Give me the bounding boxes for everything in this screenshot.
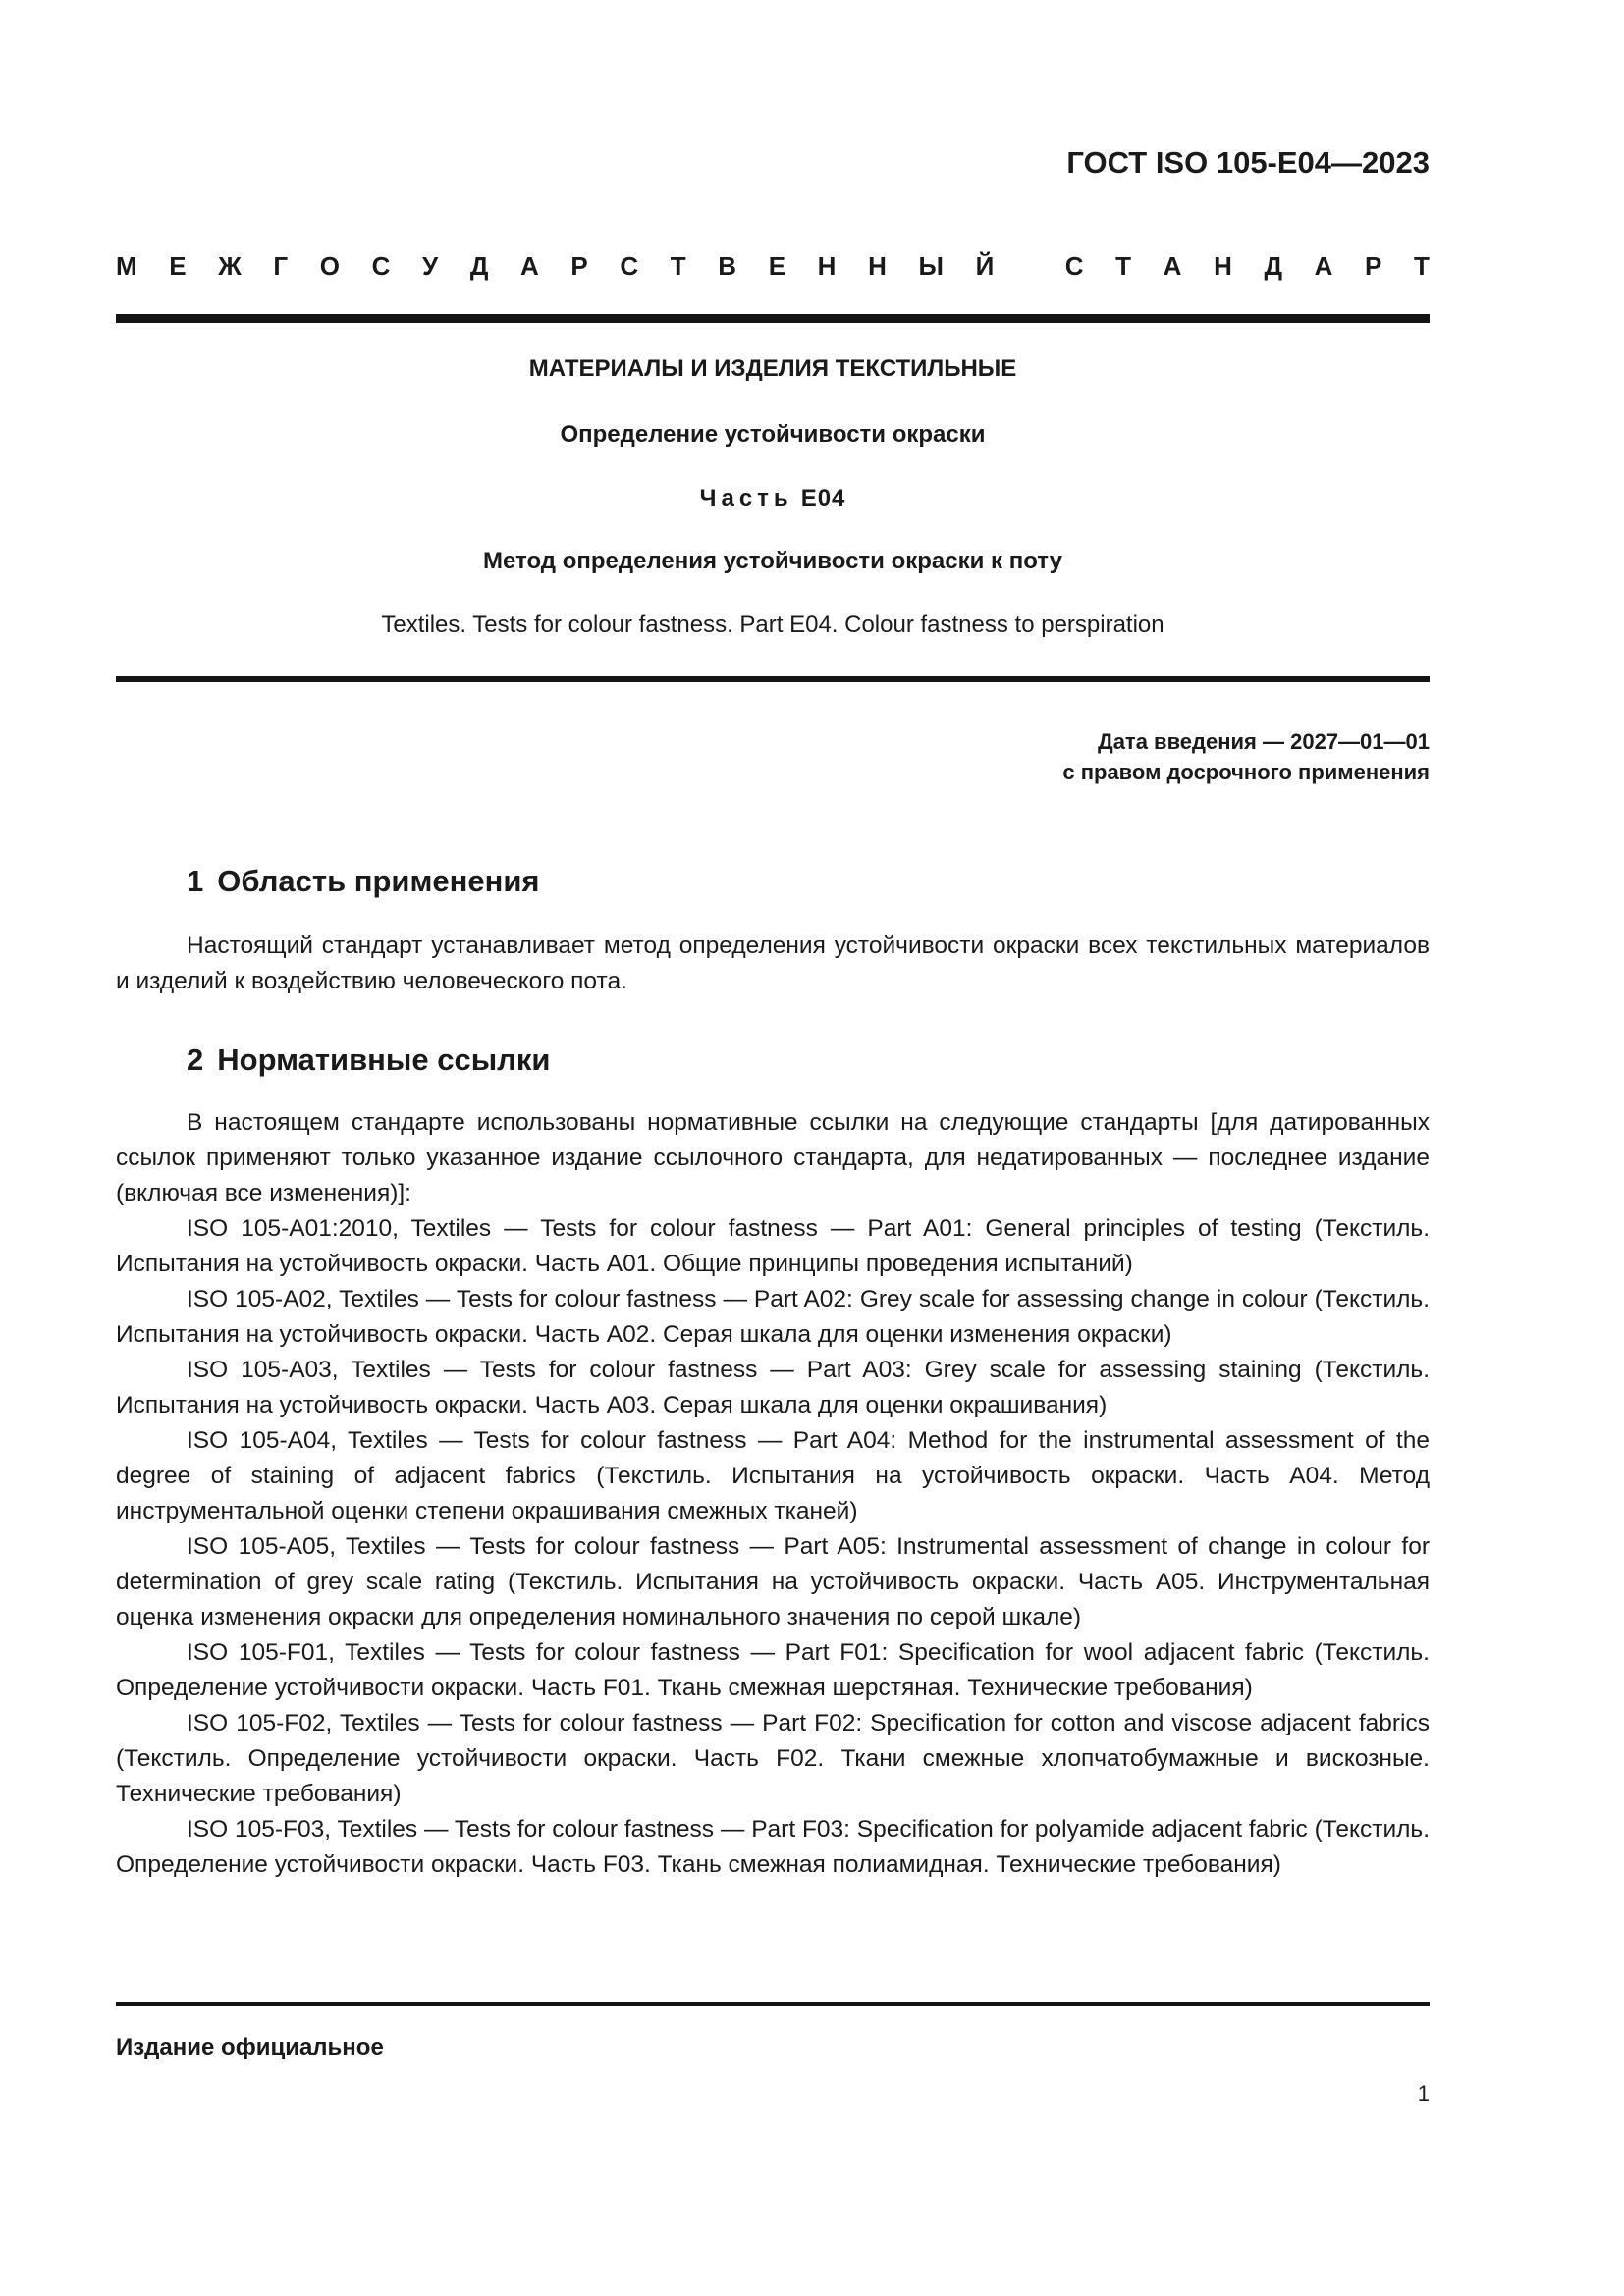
banner-letter: О <box>320 251 340 282</box>
document-body: 1Область применения Настоящий стандарт у… <box>116 862 1430 1883</box>
banner-letter: Т <box>1115 251 1131 282</box>
banner-letter: С <box>372 251 391 282</box>
reference-item: ISO 105-A01:2010, Textiles — Tests for c… <box>116 1211 1430 1282</box>
banner-letter: М <box>116 251 137 282</box>
section-heading-scope: 1Область применения <box>187 862 1430 901</box>
reference-item: ISO 105-F01, Textiles — Tests for colour… <box>116 1635 1430 1706</box>
reference-item: ISO 105-A02, Textiles — Tests for colour… <box>116 1282 1430 1353</box>
banner-letter: У <box>422 251 438 282</box>
banner-letter: Е <box>169 251 186 282</box>
references-intro: В настоящем стандарте использованы норма… <box>116 1105 1430 1211</box>
title-divider <box>116 676 1430 682</box>
reference-item: ISO 105-F02, Textiles — Tests for colour… <box>116 1706 1430 1812</box>
banner-letter: Ж <box>218 251 242 282</box>
interstate-standard-banner: МЕЖГОСУДАРСТВЕННЫЙ СТАНДАРТ <box>116 251 1430 282</box>
part-word: Часть <box>700 485 793 511</box>
part-code: E04 <box>801 485 846 511</box>
main-title: МАТЕРИАЛЫ И ИЗДЕЛИЯ ТЕКСТИЛЬНЫЕ <box>116 355 1430 383</box>
banner-letter: Р <box>1365 251 1381 282</box>
header-divider <box>116 314 1430 323</box>
banner-letter: Н <box>1214 251 1232 282</box>
introduction-date: Дата введения — 2027—01—01 <box>1062 726 1430 757</box>
banner-letter: Е <box>769 251 785 282</box>
reference-item: ISO 105-A05, Textiles — Tests for colour… <box>116 1529 1430 1635</box>
banner-letter: Й <box>976 251 995 282</box>
english-title: Textiles. Tests for colour fastness. Par… <box>116 612 1430 639</box>
reference-item: ISO 105-A04, Textiles — Tests for colour… <box>116 1423 1430 1529</box>
banner-letter: Р <box>570 251 587 282</box>
footer-divider <box>116 2002 1430 2006</box>
document-code: ГОСТ ISO 105-E04—2023 <box>1066 145 1430 181</box>
introduction-date-block: Дата введения — 2027—01—01 с правом доср… <box>1062 726 1430 787</box>
banner-letter: Ы <box>918 251 943 282</box>
subtitle: Определение устойчивости окраски <box>116 421 1430 449</box>
reference-item: ISO 105-A03, Textiles — Tests for colour… <box>116 1353 1430 1423</box>
banner-letter: А <box>1164 251 1182 282</box>
banner-letter: Н <box>868 251 887 282</box>
early-application-note: с правом досрочного применения <box>1062 757 1430 787</box>
method-title: Метод определения устойчивости окраски к… <box>116 548 1430 575</box>
banner-letter: А <box>520 251 539 282</box>
part-label: ЧастьE04 <box>116 485 1430 512</box>
banner-letter: Н <box>818 251 837 282</box>
page-number: 1 <box>1418 2081 1430 2107</box>
banner-letter <box>1026 251 1033 282</box>
banner-letter: В <box>718 251 736 282</box>
banner-letter: Д <box>1264 251 1282 282</box>
banner-letter: Т <box>1414 251 1430 282</box>
reference-item: ISO 105-F03, Textiles — Tests for colour… <box>116 1812 1430 1883</box>
scope-paragraph: Настоящий стандарт устанавливает метод о… <box>116 929 1430 999</box>
banner-letter: Т <box>671 251 686 282</box>
banner-letter: С <box>1065 251 1084 282</box>
official-edition-label: Издание официальное <box>116 2034 384 2061</box>
banner-letter: С <box>620 251 638 282</box>
banner-letter: А <box>1315 251 1333 282</box>
banner-letter: Г <box>273 251 288 282</box>
banner-letter: Д <box>470 251 489 282</box>
section-heading-normative-references: 2Нормативные ссылки <box>187 1041 1430 1080</box>
